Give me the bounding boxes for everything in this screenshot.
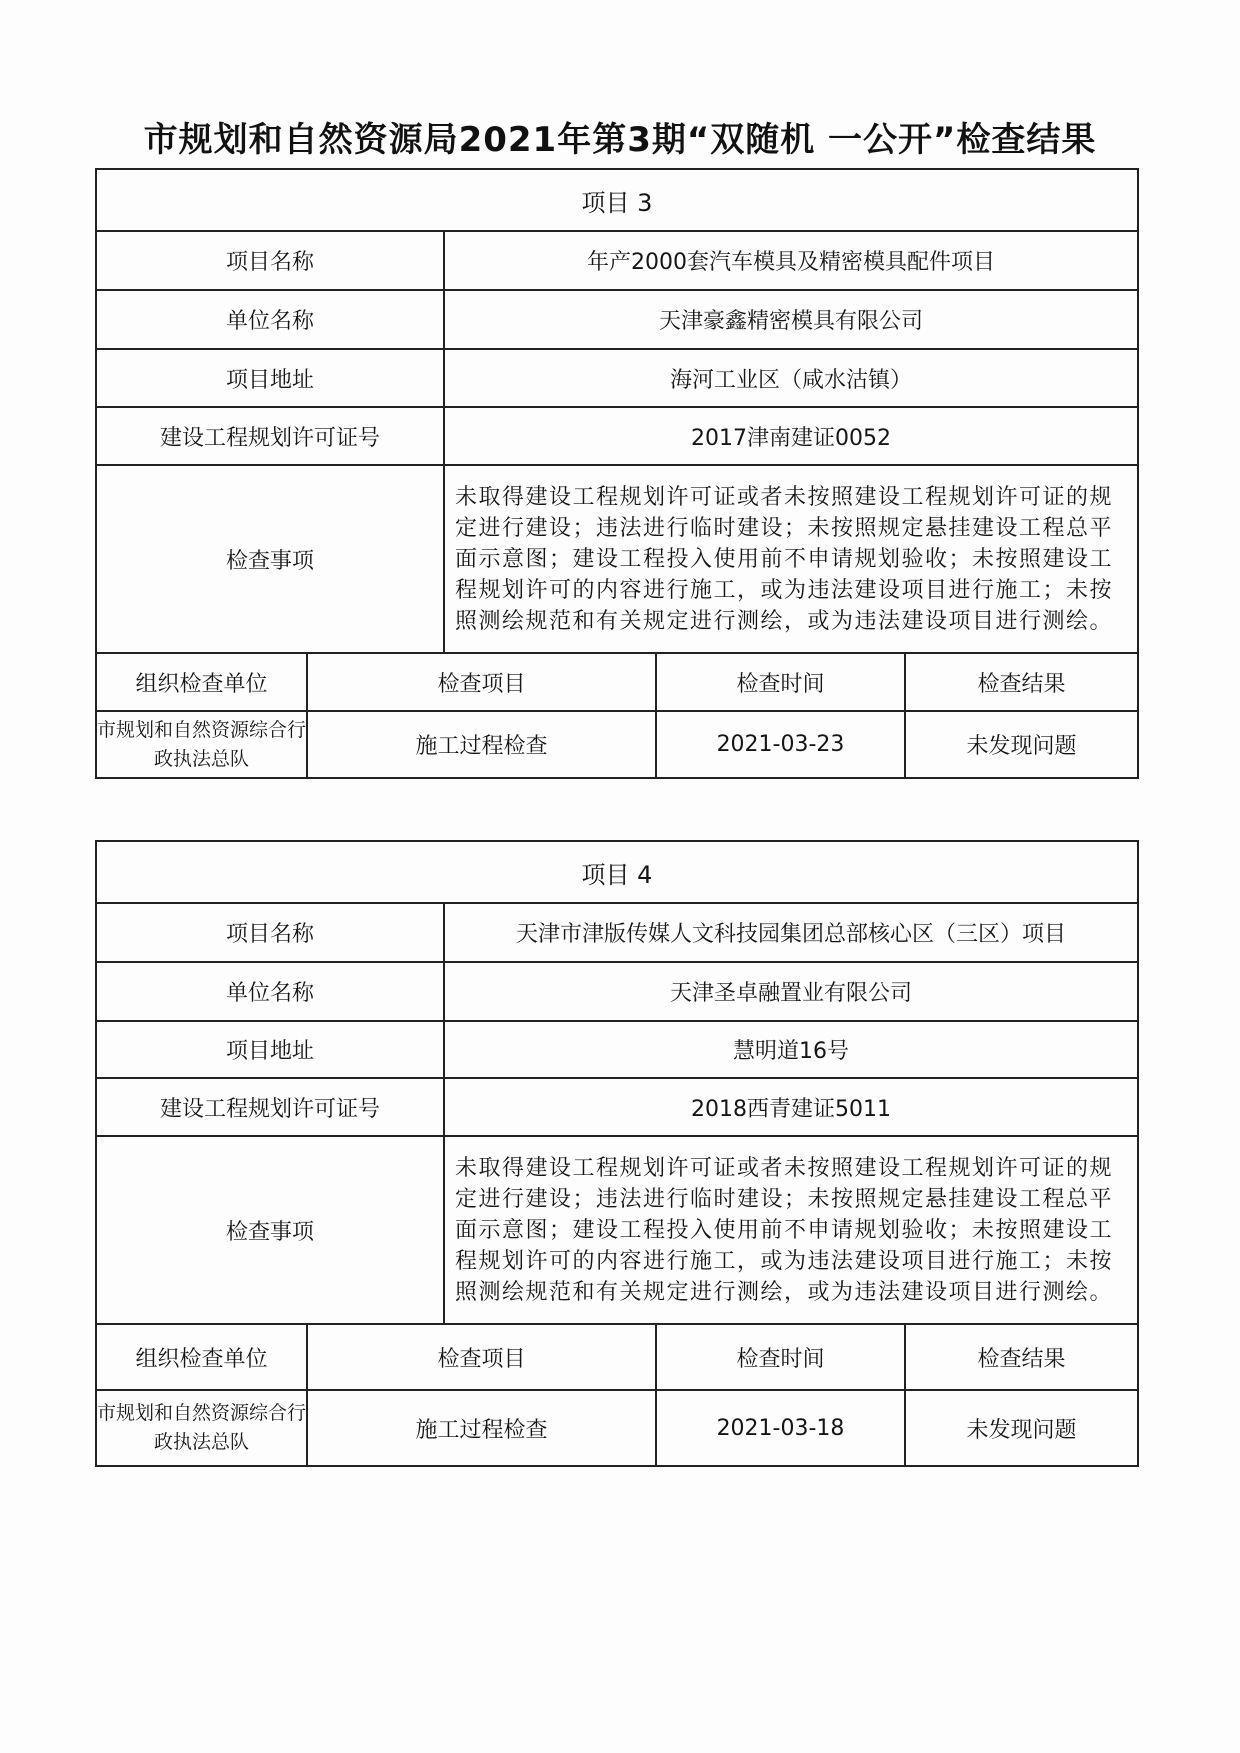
project-address-label: 项目地址: [96, 349, 444, 407]
project-name-value: 天津市津版传媒人文科技园集团总部核心区（三区）项目: [444, 903, 1138, 962]
unit-name-label: 单位名称: [96, 290, 444, 349]
inspection-org: 市规划和自然资源综合行政执法总队: [96, 1390, 307, 1466]
inspection-matters-value: 未取得建设工程规划许可证或者未按照建设工程规划许可证的规定进行建设；违法进行临时…: [444, 465, 1138, 653]
col-header-item: 检查项目: [307, 653, 656, 711]
col-header-item: 检查项目: [307, 1324, 656, 1390]
permit-no-value: 2017津南建证0052: [444, 407, 1138, 465]
unit-name-value: 天津圣卓融置业有限公司: [444, 962, 1138, 1021]
permit-no-label: 建设工程规划许可证号: [96, 407, 444, 465]
col-header-time: 检查时间: [656, 1324, 905, 1390]
col-header-result: 检查结果: [905, 1324, 1138, 1390]
inspection-matters-label: 检查事项: [96, 1136, 444, 1324]
inspection-org: 市规划和自然资源综合行政执法总队: [96, 711, 307, 778]
project-heading: 项目 4: [96, 841, 1138, 903]
permit-no-value: 2018西青建证5011: [444, 1078, 1138, 1136]
inspection-item: 施工过程检查: [307, 711, 656, 778]
inspection-result: 未发现问题: [905, 1390, 1138, 1466]
project-heading: 项目 3: [96, 169, 1138, 231]
project-name-value: 年产2000套汽车模具及精密模具配件项目: [444, 231, 1138, 290]
project-address-label: 项目地址: [96, 1021, 444, 1078]
project-4-table: 项目 4 项目名称 天津市津版传媒人文科技园集团总部核心区（三区）项目 单位名称…: [95, 840, 1139, 1467]
document-title: 市规划和自然资源局2021年第3期“双随机 一公开”检查结果: [0, 112, 1240, 161]
inspection-matters-label: 检查事项: [96, 465, 444, 653]
project-name-label: 项目名称: [96, 903, 444, 962]
inspection-matters-value: 未取得建设工程规划许可证或者未按照建设工程规划许可证的规定进行建设；违法进行临时…: [444, 1136, 1138, 1324]
inspection-time: 2021-03-18: [656, 1390, 905, 1466]
project-name-label: 项目名称: [96, 231, 444, 290]
inspection-item: 施工过程检查: [307, 1390, 656, 1466]
project-address-value: 慧明道16号: [444, 1021, 1138, 1078]
project-3-table: 项目 3 项目名称 年产2000套汽车模具及精密模具配件项目 单位名称 天津豪鑫…: [95, 168, 1139, 779]
col-header-org: 组织检查单位: [96, 653, 307, 711]
inspection-time: 2021-03-23: [656, 711, 905, 778]
col-header-result: 检查结果: [905, 653, 1138, 711]
col-header-time: 检查时间: [656, 653, 905, 711]
unit-name-label: 单位名称: [96, 962, 444, 1021]
project-address-value: 海河工业区（咸水沽镇）: [444, 349, 1138, 407]
col-header-org: 组织检查单位: [96, 1324, 307, 1390]
unit-name-value: 天津豪鑫精密模具有限公司: [444, 290, 1138, 349]
inspection-result: 未发现问题: [905, 711, 1138, 778]
permit-no-label: 建设工程规划许可证号: [96, 1078, 444, 1136]
